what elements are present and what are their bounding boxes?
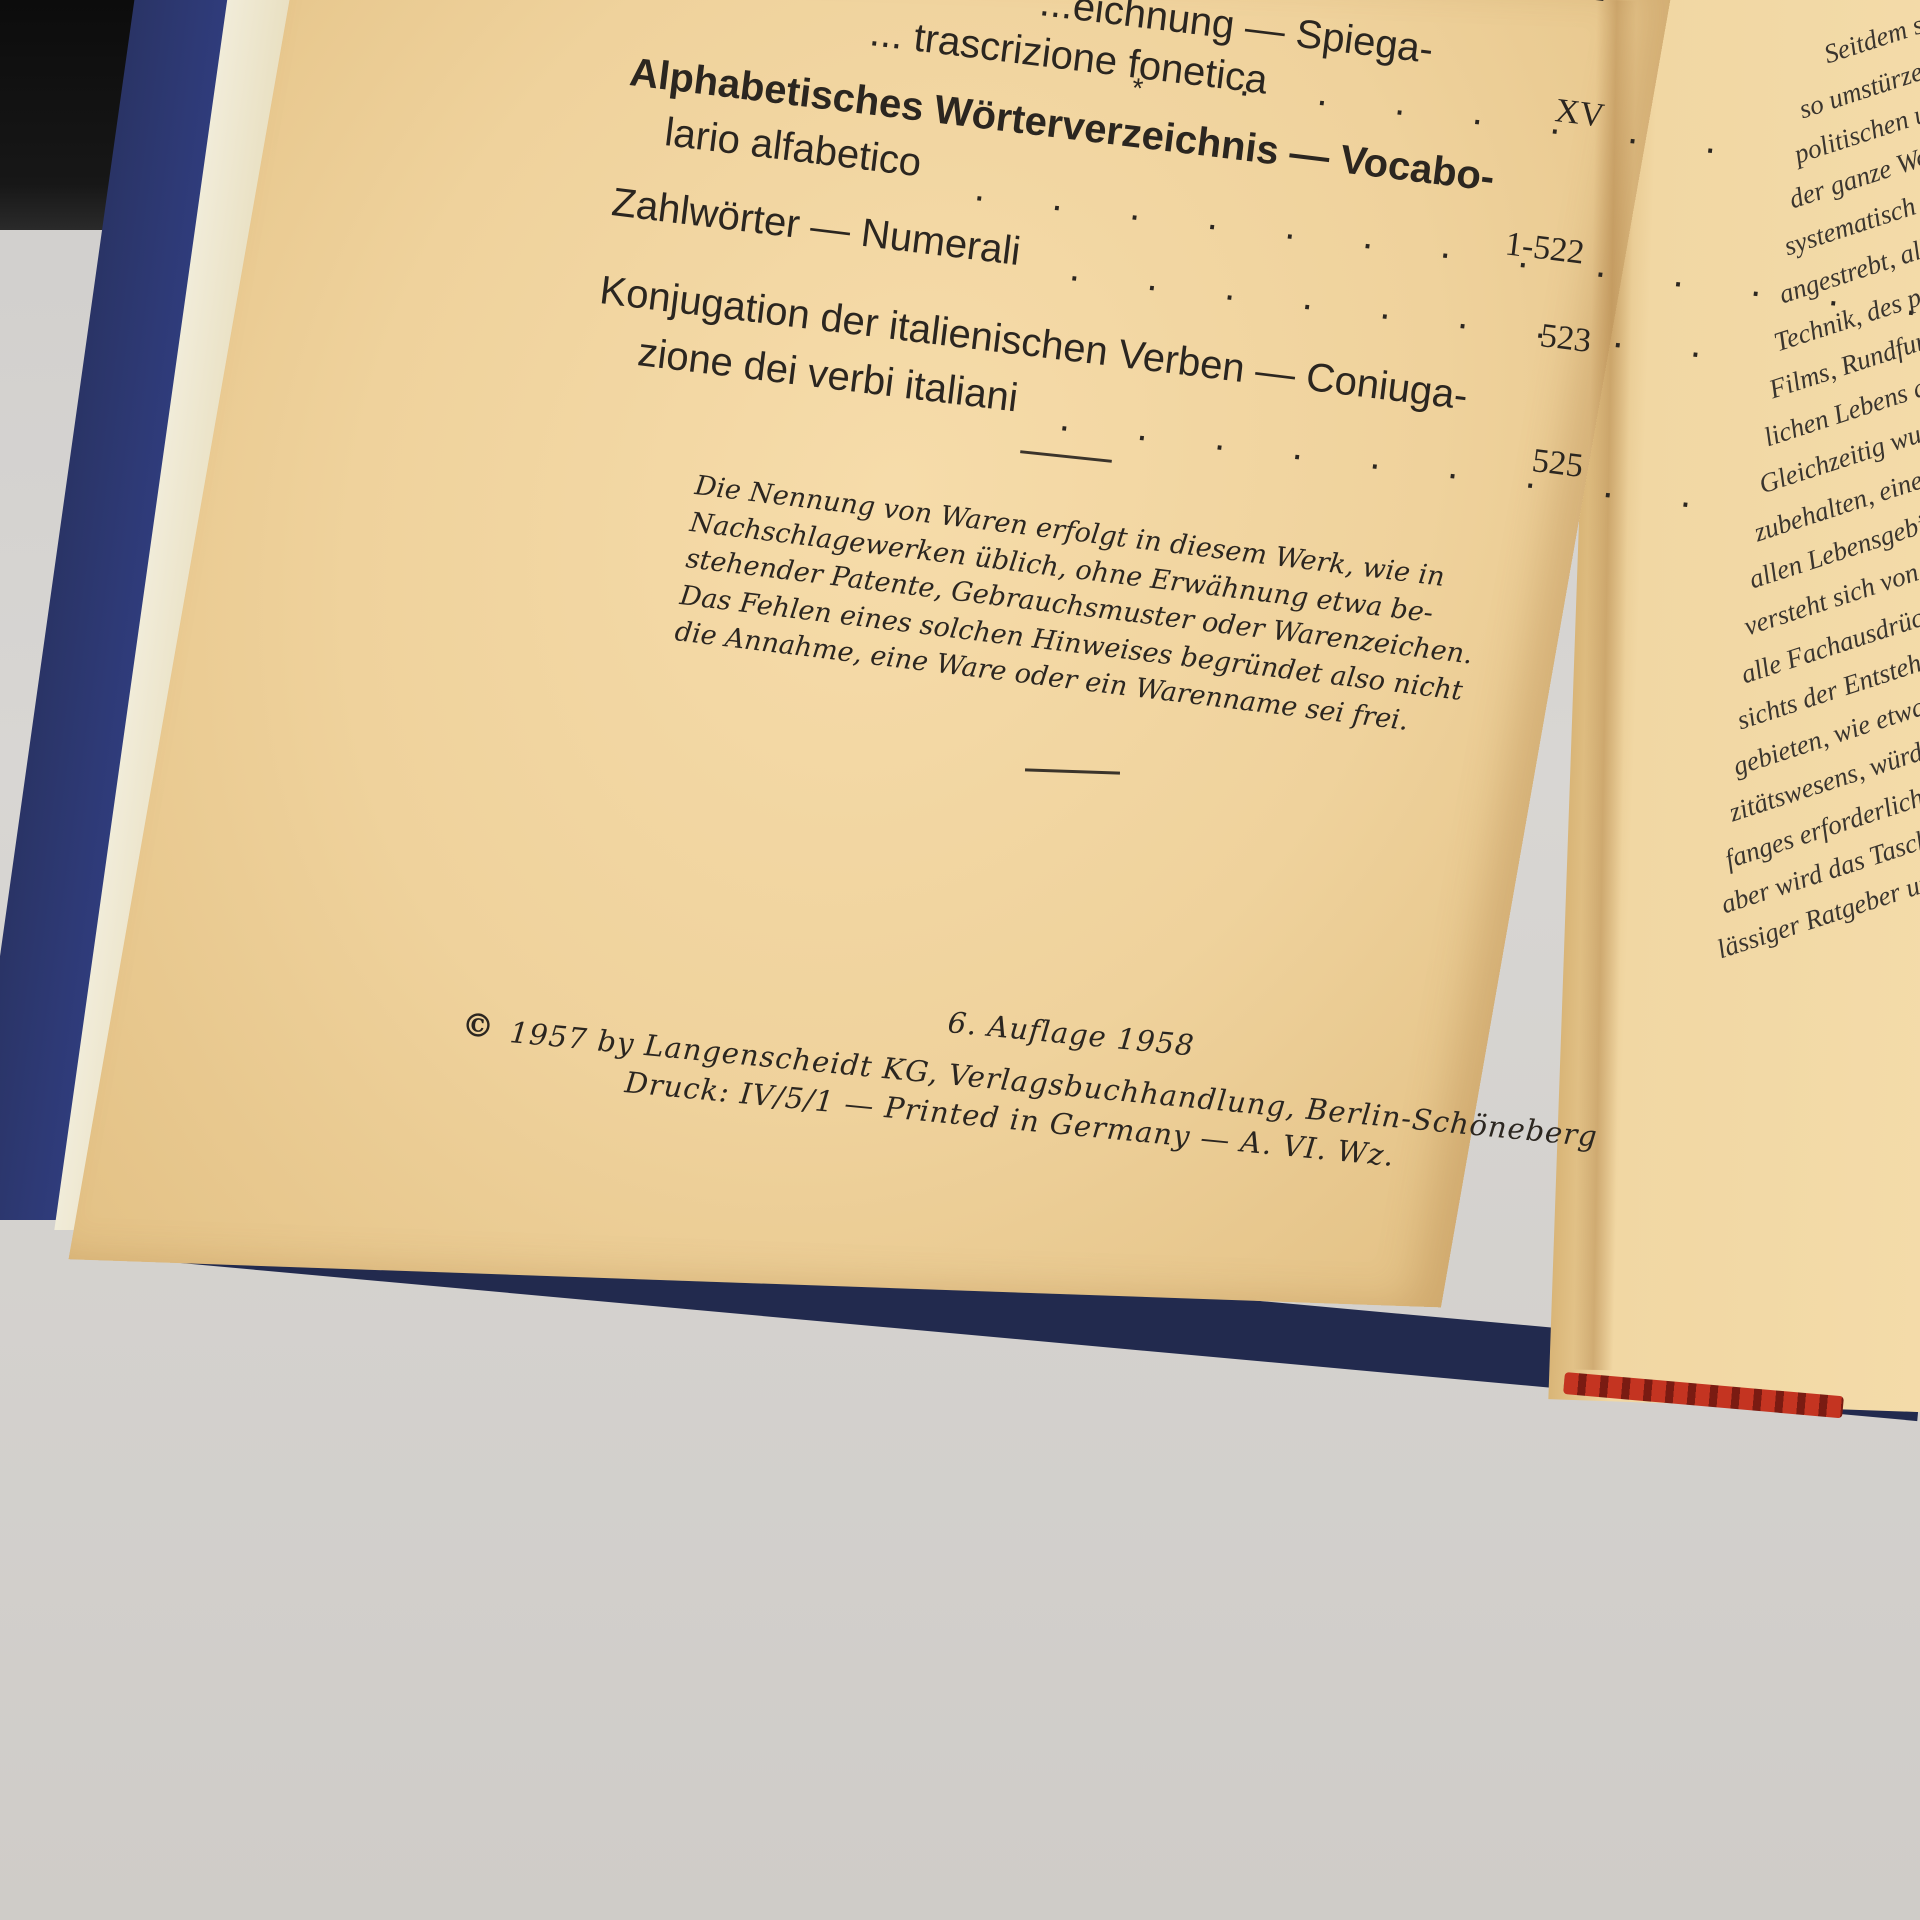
right-page-text: Seitdem s so umstürzen politischen un de…: [0, 0, 1920, 1920]
